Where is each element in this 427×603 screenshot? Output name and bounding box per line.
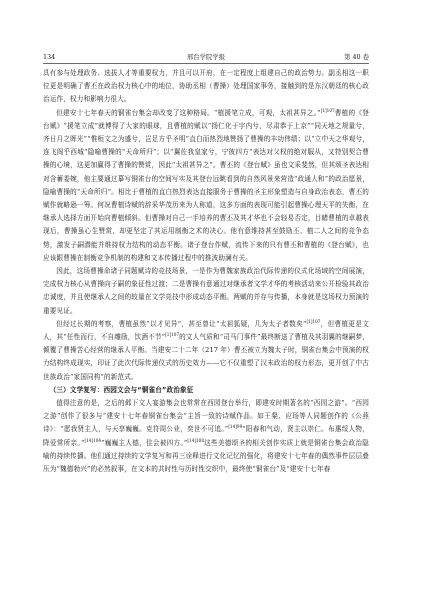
running-header: 134 邢台学院学报 第 40 卷 — [43, 52, 369, 62]
section-heading: （三）文学复写：西园文会与“铜雀台”政治象征 — [43, 384, 369, 397]
text-run: 但建安十七年春天的铜雀台集会却改变了这种格局。“植援笔立成，可观，太祖甚异之。” — [56, 109, 321, 117]
paragraph: 但建安十七年春天的铜雀台集会却改变了这种格局。“植援笔立成，可观，太祖甚异之。”… — [43, 107, 369, 265]
text-run: “巍巍主人德，佳会被四方。” — [101, 439, 187, 447]
journal-title: 邢台学院学报 — [43, 52, 369, 62]
citation-ref: [14]104 — [84, 438, 101, 443]
paragraph: 值得注意的是，之后的邺下文人宴游集会也常常在西园登台举行，即建安时期著名的“西园… — [43, 397, 369, 476]
citation-ref: [14]99 — [228, 424, 242, 429]
journal-page: 134 邢台学院学报 第 40 卷 具有参与处理政务、选拔人才等重要权力，并且可… — [0, 0, 427, 603]
text-run: 曹植的《登台赋》“援笔立成”就博得了大家的眼球，且曹植的赋以“扬仁化于宇内兮，尽… — [43, 109, 369, 262]
paragraph: 因此，这场曹操命诸子同题赋诗的竞技场景，一是作为曹魏家族政治代际传递的仪式化场域… — [43, 265, 369, 318]
citation-ref: [1]107 — [165, 332, 179, 337]
text-run: 具有参与处理政务、选拔人才等重要权力，并且可以开府，在一定程度上组建自己的政治势… — [43, 69, 369, 103]
volume-label: 第 40 卷 — [344, 52, 369, 62]
paragraph: 具有参与处理政务、选拔人才等重要权力，并且可以开府，在一定程度上组建自己的政治势… — [43, 67, 369, 107]
header-rule — [43, 63, 369, 64]
citation-ref: [1]107 — [307, 319, 321, 324]
article-body: 具有参与处理政务、选拔人才等重要权力，并且可以开府，在一定程度上组建自己的政治势… — [43, 67, 369, 476]
text-run: 但经过长期的考察，曹植虽然“以才见异”，甚至曾让“太祖狐疑，几为太子者数矣” — [56, 320, 306, 328]
text-run: 因此，这场曹操命诸子同题赋诗的竞技场景，一是作为曹魏家族政治代际传递的仪式化场域… — [43, 267, 369, 315]
text-run: 这些美德颂圣的相关创作实质上就是铜雀台集会政治隐喻的持续传播。他们通过持续的文学… — [43, 439, 369, 473]
citation-ref: [14]108 — [187, 438, 204, 443]
citation-ref: [1]107 — [321, 108, 335, 113]
paragraph: 但经过长期的考察，曹植虽然“以才见异”，甚至曾让“太祖狐疑，几为太子者数矣”[1… — [43, 318, 369, 384]
